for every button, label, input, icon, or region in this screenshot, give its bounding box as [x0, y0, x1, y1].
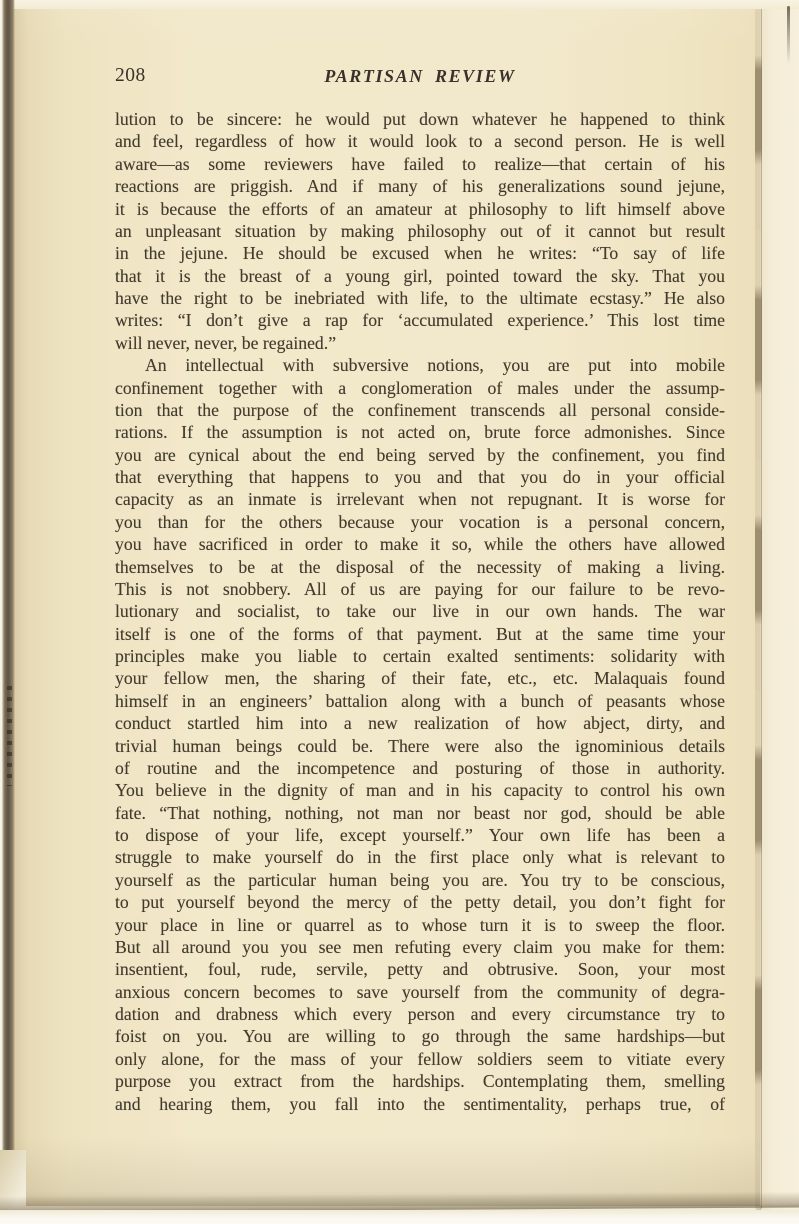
text-line: you than for the others because your voc… [115, 511, 725, 533]
text-line: lutionary and socialist, to take our liv… [115, 600, 725, 622]
page-right-edge-crease [755, 0, 762, 1210]
text-line: of routine and the incompetence and post… [115, 757, 725, 779]
text-line: tion that the purpose of the confinement… [115, 399, 725, 421]
text-line: will never, never, be regained.” [115, 332, 725, 354]
book-page-paper: 208 PARTISAN REVIEW lution to be sincere… [12, 6, 760, 1206]
text-line: and feel, regardless of how it would loo… [115, 130, 725, 152]
text-line: But all around you you see men refuting … [115, 936, 725, 958]
text-line: trivial human beings could be. There wer… [115, 735, 725, 757]
text-line: himself in an engineers’ battalion along… [115, 690, 725, 712]
text-line: You believe in the dignity of man and in… [115, 779, 725, 801]
text-line: itself is one of the forms of that payme… [115, 623, 725, 645]
text-line: to dispose of your life, except yourself… [115, 824, 725, 846]
text-line: lution to be sincere: he would put down … [115, 108, 725, 130]
text-line: struggle to make yourself do in the firs… [115, 846, 725, 868]
running-head: 208 PARTISAN REVIEW [115, 65, 725, 91]
binding-edge [0, 0, 15, 1224]
journal-title: PARTISAN REVIEW [115, 66, 725, 87]
text-line: your place in line or quarrel as to whos… [115, 914, 725, 936]
text-line: themselves to be at the disposal of the … [115, 556, 725, 578]
text-line: conduct startled him into a new realizat… [115, 712, 725, 734]
text-line: confinement together with a conglomerati… [115, 377, 725, 399]
text-line: rations. If the assumption is not acted … [115, 421, 725, 443]
text-line: yourself as the particular human being y… [115, 869, 725, 891]
text-line: and hearing them, you fall into the sent… [115, 1093, 725, 1115]
text-line: an unpleasant situation by making philos… [115, 220, 725, 242]
text-line: that it is the breast of a young girl, p… [115, 265, 725, 287]
text-line: capacity as an inmate is irrelevant when… [115, 488, 725, 510]
body-text: lution to be sincere: he would put down … [115, 108, 725, 1115]
binding-marks [7, 686, 12, 786]
text-line: dation and drabness which every person a… [115, 1003, 725, 1025]
scan-bottom-edge [0, 1210, 799, 1224]
text-line: in the jejune. He should be excused when… [115, 242, 725, 264]
text-line: fate. “That nothing, nothing, not man no… [115, 802, 725, 824]
text-line: principles make you liable to certain ex… [115, 645, 725, 667]
text-line: to put yourself beyond the mercy of the … [115, 891, 725, 913]
text-line: anxious concern becomes to save yourself… [115, 981, 725, 1003]
top-right-crease [787, 6, 790, 64]
underlying-page-backdrop [760, 0, 799, 1224]
text-line: only alone, for the mass of your fellow … [115, 1048, 725, 1070]
text-line: that everything that happens to you and … [115, 466, 725, 488]
text-line: purpose you extract from the hardships. … [115, 1070, 725, 1092]
text-line: writes: “I don’t give a rap for ‘accumul… [115, 309, 725, 331]
scan-top-edge [0, 0, 799, 9]
text-line: foist on you. You are willing to go thro… [115, 1025, 725, 1047]
text-line: An intellectual with subversive notions,… [115, 354, 725, 376]
text-line: insentient, foul, rude, servile, petty a… [115, 958, 725, 980]
text-line: you have sacrificed in order to make it … [115, 533, 725, 555]
text-line: your fellow men, the sharing of their fa… [115, 667, 725, 689]
text-line: This is not snobbery. All of us are payi… [115, 578, 725, 600]
text-line: aware—as some reviewers have failed to r… [115, 153, 725, 175]
text-line: you are cynical about the end being serv… [115, 444, 725, 466]
text-line: it is because the efforts of an amateur … [115, 198, 725, 220]
text-line: have the right to be inebriated with lif… [115, 287, 725, 309]
scanned-book-page: 208 PARTISAN REVIEW lution to be sincere… [0, 0, 799, 1224]
text-line: reactions are priggish. And if many of h… [115, 175, 725, 197]
